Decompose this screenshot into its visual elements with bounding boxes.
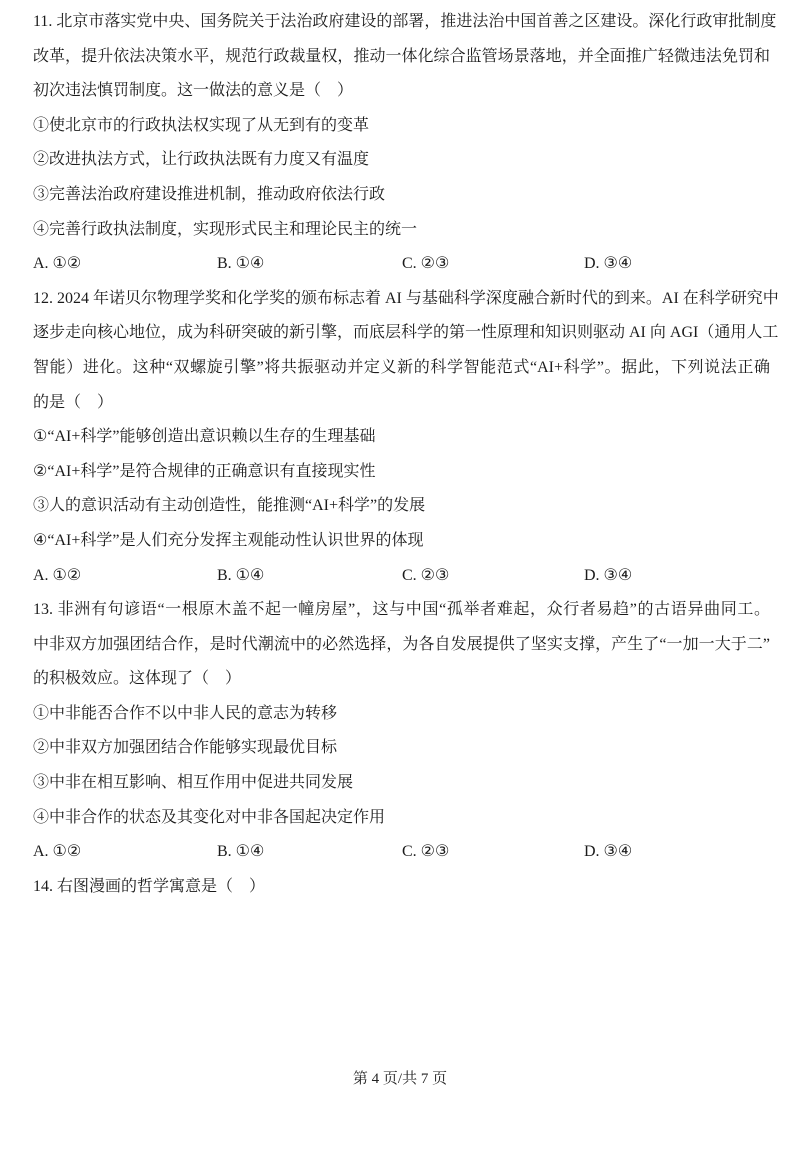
question-11-stem-line: 改革，提升依法决策水平，规范行政裁量权，推动一体化综合监管场景落地，并全面推广轻…	[33, 40, 770, 75]
question-12-item-3: ③人的意识活动有主动创造性，能推测“AI+科学”的发展	[33, 489, 770, 524]
page-number: 第 4 页/共 7 页	[0, 1062, 800, 1096]
question-13-stem-line: 的积极效应。这体现了（ ）	[33, 662, 770, 697]
question-13-item-1: ①中非能否合作不以中非人民的意志为转移	[33, 697, 770, 732]
question-12-choice-a: A. ①②	[33, 559, 81, 594]
question-13-choice-d: D. ③④	[584, 835, 632, 870]
question-12-item-4: ④“AI+科学”是人们充分发挥主观能动性认识世界的体现	[33, 524, 770, 559]
exam-page: 11. 北京市落实党中央、国务院关于法治政府建设的部署，推进法治中国首善之区建设…	[0, 0, 800, 1149]
question-12-choice-d: D. ③④	[584, 559, 632, 594]
question-12: 12. 2024 年诺贝尔物理学奖和化学奖的颁布标志着 AI 与基础科学深度融合…	[33, 282, 770, 593]
question-11-item-2: ②改进执法方式，让行政执法既有力度又有温度	[33, 143, 770, 178]
question-12-stem-line: 逐步走向核心地位，成为科研突破的新引擎，而底层科学的第一性原理和知识则驱动 AI…	[33, 316, 770, 351]
question-11-choice-a: A. ①②	[33, 247, 81, 282]
question-11-item-1: ①使北京市的行政执法权实现了从无到有的变革	[33, 109, 770, 144]
question-11: 11. 北京市落实党中央、国务院关于法治政府建设的部署，推进法治中国首善之区建设…	[33, 5, 770, 282]
question-11-item-4: ④完善行政执法制度，实现形式民主和理论民主的统一	[33, 213, 770, 248]
question-11-choice-d: D. ③④	[584, 247, 632, 282]
question-13-choice-b: B. ①④	[217, 835, 264, 870]
question-11-stem-line: 11. 北京市落实党中央、国务院关于法治政府建设的部署，推进法治中国首善之区建设…	[33, 5, 770, 40]
question-11-choices-row: A. ①② B. ①④ C. ②③ D. ③④	[33, 247, 770, 282]
page-content: 11. 北京市落实党中央、国务院关于法治政府建设的部署，推进法治中国首善之区建设…	[33, 5, 770, 904]
question-13-item-2: ②中非双方加强团结合作能够实现最优目标	[33, 731, 770, 766]
question-13-item-4: ④中非合作的状态及其变化对中非各国起决定作用	[33, 801, 770, 836]
question-12-stem-line: 智能）进化。这种“双螺旋引擎”将共振驱动并定义新的科学智能范式“AI+科学”。据…	[33, 351, 770, 386]
question-11-choice-c: C. ②③	[402, 247, 449, 282]
question-13-stem-line: 中非双方加强团结合作，是时代潮流中的必然选择，为各自发展提供了坚实支撑，产生了“…	[33, 628, 770, 663]
question-13-choice-a: A. ①②	[33, 835, 81, 870]
question-12-stem-line: 12. 2024 年诺贝尔物理学奖和化学奖的颁布标志着 AI 与基础科学深度融合…	[33, 282, 770, 317]
question-12-stem-line: 的是（ ）	[33, 386, 770, 421]
question-12-choice-b: B. ①④	[217, 559, 264, 594]
question-11-choice-b: B. ①④	[217, 247, 264, 282]
question-14-stem-line: 14. 右图漫画的哲学寓意是（ ）	[33, 870, 770, 905]
question-12-choice-c: C. ②③	[402, 559, 449, 594]
question-14: 14. 右图漫画的哲学寓意是（ ）	[33, 870, 770, 905]
question-13: 13. 非洲有句谚语“一根原木盖不起一幢房屋”，这与中国“孤举者难起，众行者易趋…	[33, 593, 770, 870]
question-11-stem-line: 初次违法慎罚制度。这一做法的意义是（ ）	[33, 74, 770, 109]
question-13-item-3: ③中非在相互影响、相互作用中促进共同发展	[33, 766, 770, 801]
question-13-choice-c: C. ②③	[402, 835, 449, 870]
question-13-stem-line: 13. 非洲有句谚语“一根原木盖不起一幢房屋”，这与中国“孤举者难起，众行者易趋…	[33, 593, 770, 628]
question-13-choices-row: A. ①② B. ①④ C. ②③ D. ③④	[33, 835, 770, 870]
question-12-choices-row: A. ①② B. ①④ C. ②③ D. ③④	[33, 559, 770, 594]
question-12-item-2: ②“AI+科学”是符合规律的正确意识有直接现实性	[33, 455, 770, 490]
question-11-item-3: ③完善法治政府建设推进机制，推动政府依法行政	[33, 178, 770, 213]
question-12-item-1: ①“AI+科学”能够创造出意识赖以生存的生理基础	[33, 420, 770, 455]
